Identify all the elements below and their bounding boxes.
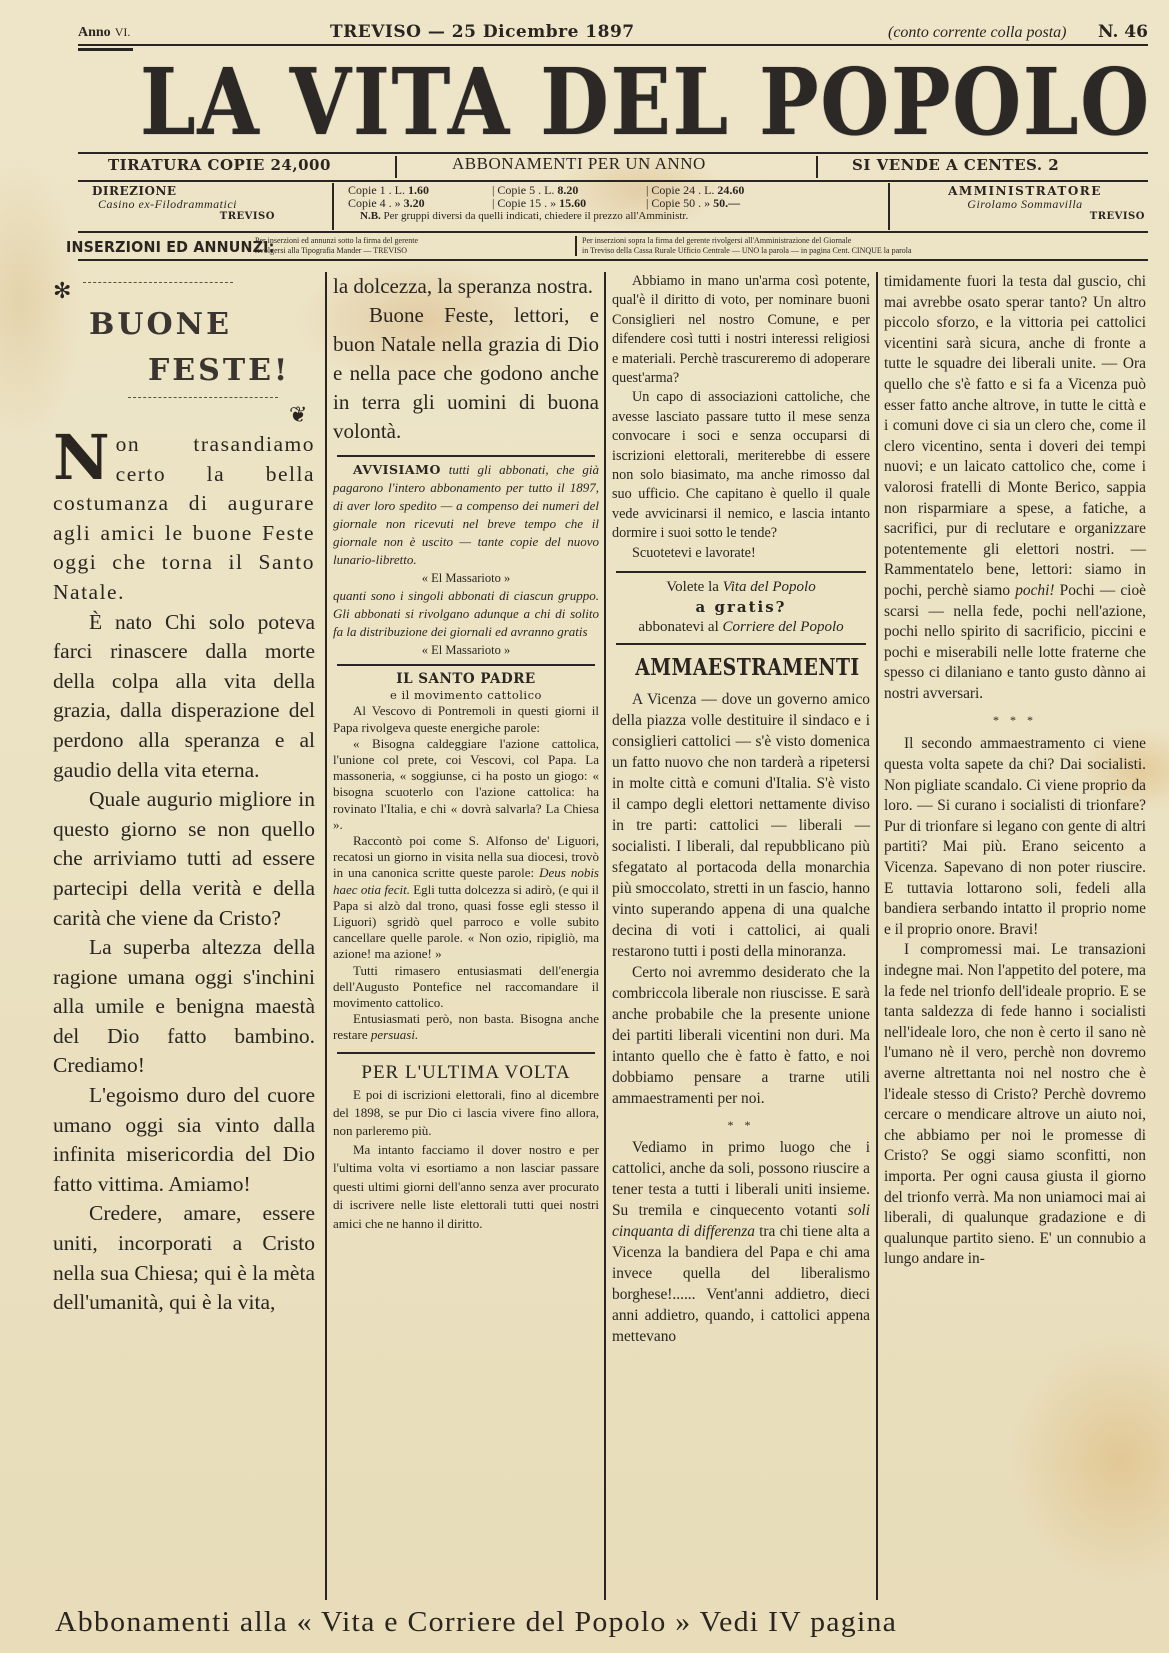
paragraph: E poi di iscrizioni elettorali, fino al … (333, 1086, 599, 1141)
amministratore-title: AMMINISTRATORE (905, 184, 1145, 198)
dateline: TREVISO — 25 Dicembre 1897 (330, 22, 635, 42)
paragraph: Tutti rimasero entusiasmati dell'energia… (333, 963, 599, 1012)
article-santo-padre: IL SANTO PADRE e il movimento cattolico … (333, 671, 599, 1044)
ornament-icon: ✻ (53, 276, 71, 306)
divider (337, 664, 595, 666)
rate-item: | Copie 50 . » 50.— (646, 197, 740, 210)
notice-avvisiamo: AVVISIAMO tutti gli abbonati, che già pa… (333, 461, 599, 659)
price: SI VENDE A CENTES. 2 (852, 156, 1059, 178)
paragraph: Credere, amare, essere uniti, incorporat… (53, 1199, 315, 1317)
inserzioni-title: INSERZIONI ED ANNUNZI: (66, 238, 275, 256)
column-buone-feste: ✻ BUONE FESTE! ❦ Non trasandiamo certo l… (53, 272, 315, 1318)
separator-stars: * * (612, 1119, 870, 1131)
direzione-city: TREVISO (90, 210, 275, 224)
divider (616, 571, 866, 573)
divider (78, 180, 1148, 182)
column-divider (604, 272, 606, 1600)
ornament-line (128, 397, 278, 398)
paragraph: Certo noi avremmo desiderato che la comb… (612, 962, 870, 1109)
paragraph: Ma intanto facciamo il dover nostro e pe… (333, 1141, 599, 1233)
divider (816, 156, 818, 178)
paragraph: Il secondo ammaestramento ci viene quest… (884, 734, 1146, 940)
column-4: timidamente fuori la testa dal guscio, c… (884, 272, 1146, 1270)
divider (332, 183, 334, 230)
paragraph: la dolcezza, la speranza nostra. (333, 272, 599, 301)
column-2: la dolcezza, la speranza nostra. Buone F… (333, 272, 599, 1233)
article-title: IL SANTO PADRE (333, 671, 599, 687)
heading-buone: BUONE (89, 310, 232, 340)
divider (395, 156, 397, 178)
amministratore-name: Girolamo Sommavilla (905, 198, 1145, 210)
subscription-rates: Copie 1 . L. 1.60 | Copie 5 . L. 8.20 | … (348, 184, 828, 223)
divider (888, 183, 890, 230)
paragraph: A Vicenza — dove un governo amico della … (612, 689, 870, 962)
amministratore-box: AMMINISTRATORE Girolamo Sommavilla TREVI… (905, 184, 1145, 228)
promo-box: Volete la Vita del Popolo a gratis? abbo… (612, 577, 870, 637)
divider (337, 1052, 595, 1054)
volume-label: AnnoVI. (78, 25, 130, 41)
paragraph: Scuotetevi e lavorate! (612, 544, 870, 563)
paragraph: La superba altezza della ragione umana o… (53, 933, 315, 1081)
buone-feste-heading: ✻ BUONE FESTE! ❦ (53, 272, 315, 430)
paragraph: I compromessi mai. Le transazioni indegn… (884, 940, 1146, 1270)
column-3: Abbiamo in mano un'arma così potente, qu… (612, 272, 870, 1347)
article-title: PER L'ULTIMA VOLTA (333, 1060, 599, 1086)
paragraph: timidamente fuori la testa dal guscio, c… (884, 272, 1146, 704)
separator-stars: * * * (884, 714, 1146, 726)
amministratore-city: TREVISO (905, 210, 1145, 224)
divider (78, 44, 1148, 46)
column-divider (325, 272, 327, 1600)
paragraph: « Bisogna caldeggiare l'azione cattolica… (333, 736, 599, 833)
paragraph: Buone Feste, lettori, e buon Natale nell… (333, 301, 599, 446)
divider (78, 231, 1148, 233)
paragraph: Entusiasmati però, non basta. Bisogna an… (333, 1011, 599, 1043)
paragraph: Vediamo in primo luogo che i cattolici, … (612, 1137, 870, 1347)
rate-item: Copie 4 . » 3.20 (348, 197, 478, 210)
rates-note: N.B. Per gruppi diversi da quelli indica… (360, 210, 828, 223)
direzione-address: Casino ex-Filodrammatici (98, 198, 275, 210)
print-run: TIRATURA COPIE 24,000 (108, 156, 331, 178)
subscription-title: ABBONAMENTI PER UN ANNO (452, 154, 706, 176)
inserzioni-note: Per inserzioni sopra la firma del gerent… (582, 236, 912, 256)
rate-item: | Copie 15 . » 15.60 (492, 197, 632, 210)
paragraph: È nato Chi solo poteva farci rinascere d… (53, 608, 315, 786)
divider (575, 236, 577, 256)
paragraph: Abbiamo in mano un'arma così potente, qu… (612, 272, 870, 388)
paragraph: Al Vescovo di Pontremoli in questi giorn… (333, 703, 599, 735)
heading-feste: FESTE! (148, 356, 290, 386)
divider (78, 259, 1148, 261)
divider (337, 455, 595, 457)
paragraph: Raccontò poi come S. Alfonso de' Liguori… (333, 833, 599, 963)
paragraph: Un capo di associazioni cattoliche, che … (612, 388, 870, 543)
inserzioni-note: Per inserzioni ed annunzi sotto la firma… (255, 236, 418, 256)
subscription-banner: Abbonamenti alla « Vita e Corriere del P… (55, 1600, 1169, 1644)
article-title: AMMAESTRAMENTI (635, 651, 847, 685)
divider (616, 643, 866, 645)
direzione-box: DIREZIONE Casino ex-Filodrammatici TREVI… (90, 184, 275, 228)
issue-number: N. 46 (1098, 22, 1148, 42)
postal-note: (conto corrente colla posta) (888, 24, 1066, 42)
ornament-icon: ❦ (289, 400, 307, 430)
column-divider (876, 272, 878, 1600)
article-subtitle: e il movimento cattolico (333, 687, 599, 703)
dateline-bar: AnnoVI. TREVISO — 25 Dicembre 1897 (cont… (78, 22, 1148, 46)
paragraph: L'egoismo duro del cuore umano oggi sia … (53, 1081, 315, 1199)
drop-cap: N (53, 432, 110, 484)
ornament-line (83, 282, 233, 283)
direzione-title: DIREZIONE (92, 184, 275, 198)
masthead-title: LA VITA DEL POPOLO (140, 52, 1000, 152)
paragraph: Quale augurio migliore in questo giorno … (53, 785, 315, 933)
divider (78, 48, 133, 51)
article-ultima-volta: PER L'ULTIMA VOLTA E poi di iscrizioni e… (333, 1060, 599, 1233)
